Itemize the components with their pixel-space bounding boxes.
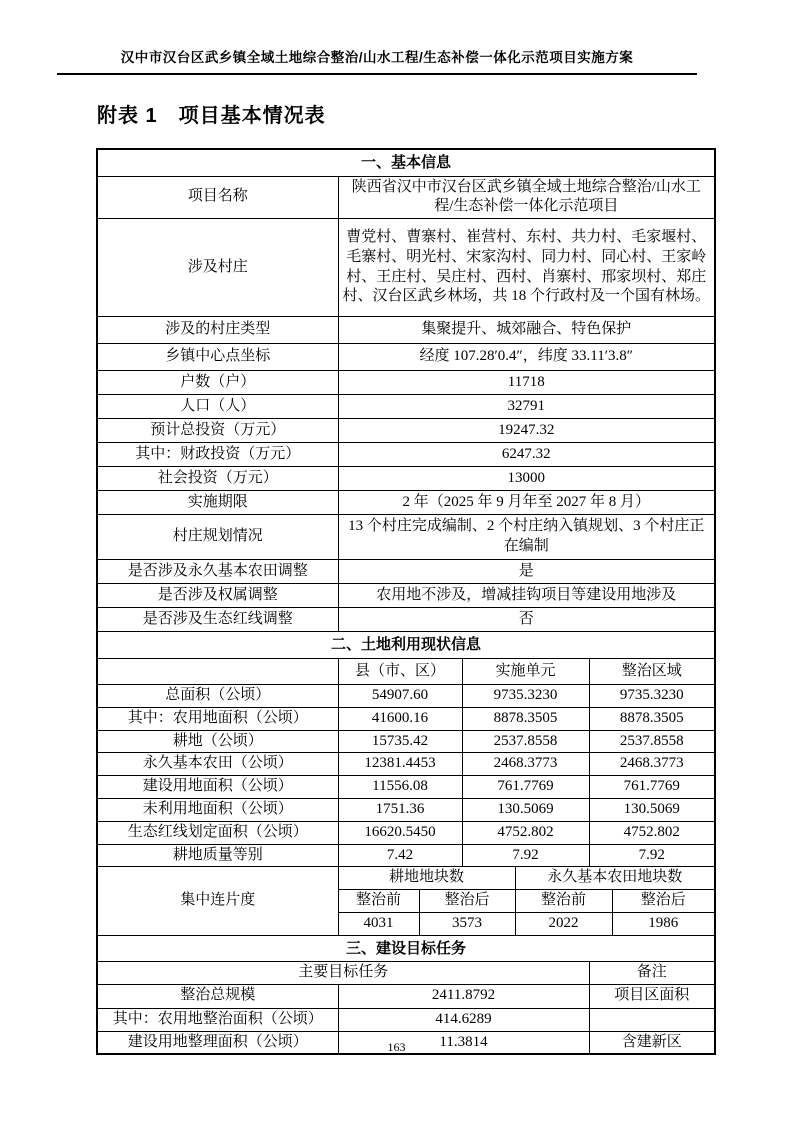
row-label: 总面积（公顷） xyxy=(97,685,338,708)
sub-column-header: 整治后 xyxy=(612,890,715,913)
table-row: 生态红线划定面积（公顷） 16620.5450 4752.802 4752.80… xyxy=(97,821,715,844)
cell-value: 15735.42 xyxy=(338,730,462,753)
table-row: 未利用地面积（公顷） 1751.36 130.5069 130.5069 xyxy=(97,799,715,822)
cell-value: 2537.8558 xyxy=(462,730,589,753)
group-header: 耕地地块数 xyxy=(338,867,515,890)
column-header-empty xyxy=(97,659,338,685)
table-row: 永久基本农田（公顷） 12381.4453 2468.3773 2468.377… xyxy=(97,753,715,776)
section2-heading: 二、土地利用现状信息 xyxy=(97,632,715,659)
cell-value: 8878.3505 xyxy=(462,707,589,730)
row-label: 村庄规划情况 xyxy=(97,515,338,560)
row-value: 2 年（2025 年 9 月年至 2027 年 8 月） xyxy=(338,491,715,515)
cell-value: 761.7769 xyxy=(462,776,589,799)
row-value: 曹党村、曹寨村、崔营村、东村、共力村、毛家堰村、毛寨村、明光村、宋家沟村、同力村… xyxy=(338,219,715,317)
row-label: 整治总规模 xyxy=(97,984,338,1008)
row-label: 未利用地面积（公顷） xyxy=(97,799,338,822)
row-label: 是否涉及生态红线调整 xyxy=(97,608,338,632)
row-label: 永久基本农田（公顷） xyxy=(97,753,338,776)
cell-value: 4752.802 xyxy=(462,821,589,844)
table-row: 乡镇中心点坐标 经度 107.28′0.4″，纬度 33.11′3.8″ xyxy=(97,344,715,371)
table-row: 耕地（公顷） 15735.42 2537.8558 2537.8558 xyxy=(97,730,715,753)
row-label: 是否涉及权属调整 xyxy=(97,584,338,608)
cell-value: 2468.3773 xyxy=(462,753,589,776)
row-label: 社会投资（万元） xyxy=(97,467,338,491)
row-label: 人口（人） xyxy=(97,395,338,419)
cell-value: 54907.60 xyxy=(338,685,462,708)
column-header-main-tasks: 主要目标任务 xyxy=(97,962,589,985)
row-label: 涉及的村庄类型 xyxy=(97,317,338,344)
row-value: 13000 xyxy=(338,467,715,491)
row-value: 是 xyxy=(338,560,715,584)
cell-value: 41600.16 xyxy=(338,707,462,730)
row-label: 生态红线划定面积（公顷） xyxy=(97,821,338,844)
cell-value: 2022 xyxy=(515,913,612,936)
table-row: 耕地质量等别 7.42 7.92 7.92 xyxy=(97,844,715,867)
sub-column-header: 整治前 xyxy=(515,890,612,913)
row-value: 414.6289 xyxy=(338,1008,589,1031)
column-header: 县（市、区） xyxy=(338,659,462,685)
cell-value: 2537.8558 xyxy=(589,730,715,753)
row-label: 户数（户） xyxy=(97,371,338,395)
cell-value: 7.42 xyxy=(338,844,462,867)
row-value: 6247.32 xyxy=(338,443,715,467)
cell-value: 9735.3230 xyxy=(589,685,715,708)
row-label: 乡镇中心点坐标 xyxy=(97,344,338,371)
column-header-remark: 备注 xyxy=(589,962,715,985)
table-row: 是否涉及永久基本农田调整 是 xyxy=(97,560,715,584)
cell-value: 12381.4453 xyxy=(338,753,462,776)
table-header-row: 主要目标任务 备注 xyxy=(97,962,715,985)
cell-value: 16620.5450 xyxy=(338,821,462,844)
table-row: 人口（人） 32791 xyxy=(97,395,715,419)
cell-value: 1986 xyxy=(612,913,715,936)
row-label-concentration: 集中连片度 xyxy=(97,867,338,936)
sub-column-header: 整治后 xyxy=(419,890,515,913)
table-row: 涉及的村庄类型 集聚提升、城郊融合、特色保护 xyxy=(97,317,715,344)
row-label: 涉及村庄 xyxy=(97,219,338,317)
column-header: 实施单元 xyxy=(462,659,589,685)
table-header-row: 县（市、区） 实施单元 整治区域 xyxy=(97,659,715,685)
row-value: 经度 107.28′0.4″，纬度 33.11′3.8″ xyxy=(338,344,715,371)
row-value: 农用地不涉及，增减挂钩项目等建设用地涉及 xyxy=(338,584,715,608)
table-row: 其中：财政投资（万元） 6247.32 xyxy=(97,443,715,467)
row-label: 其中：财政投资（万元） xyxy=(97,443,338,467)
table-row: 集中连片度 耕地地块数 永久基本农田地块数 xyxy=(97,867,715,890)
cell-value: 8878.3505 xyxy=(589,707,715,730)
table-row: 预计总投资（万元） 19247.32 xyxy=(97,419,715,443)
table-row: 总面积（公顷） 54907.60 9735.3230 9735.3230 xyxy=(97,685,715,708)
section1-heading: 一、基本信息 xyxy=(97,149,715,176)
table-row: 涉及村庄 曹党村、曹寨村、崔营村、东村、共力村、毛家堰村、毛寨村、明光村、宋家沟… xyxy=(97,219,715,317)
row-value: 11718 xyxy=(338,371,715,395)
table-row: 是否涉及权属调整 农用地不涉及，增减挂钩项目等建设用地涉及 xyxy=(97,584,715,608)
cell-value: 2468.3773 xyxy=(589,753,715,776)
page-number: 163 xyxy=(0,1040,793,1055)
cell-value: 7.92 xyxy=(462,844,589,867)
row-value: 否 xyxy=(338,608,715,632)
table-row: 其中：农用地整治面积（公顷） 414.6289 xyxy=(97,1008,715,1031)
section3-heading: 三、建设目标任务 xyxy=(97,936,715,962)
cell-value: 9735.3230 xyxy=(462,685,589,708)
row-value: 32791 xyxy=(338,395,715,419)
cell-value: 130.5069 xyxy=(462,799,589,822)
row-label: 预计总投资（万元） xyxy=(97,419,338,443)
table-row: 其中：农用地面积（公顷） 41600.16 8878.3505 8878.350… xyxy=(97,707,715,730)
row-label: 耕地（公顷） xyxy=(97,730,338,753)
row-label: 实施期限 xyxy=(97,491,338,515)
row-label: 其中：农用地整治面积（公顷） xyxy=(97,1008,338,1031)
cell-value: 1751.36 xyxy=(338,799,462,822)
table-row: 户数（户） 11718 xyxy=(97,371,715,395)
document-page: 汉中市汉台区武乡镇全域土地综合整治/山水工程/生态补偿一体化示范项目实施方案 附… xyxy=(0,0,793,1122)
row-label: 耕地质量等别 xyxy=(97,844,338,867)
cell-value: 4031 xyxy=(338,913,419,936)
group-header: 永久基本农田地块数 xyxy=(515,867,715,890)
column-header: 整治区域 xyxy=(589,659,715,685)
table-row: 整治总规模 2411.8792 项目区面积 xyxy=(97,984,715,1008)
table-row: 社会投资（万元） 13000 xyxy=(97,467,715,491)
cell-value: 3573 xyxy=(419,913,515,936)
row-label: 项目名称 xyxy=(97,176,338,219)
row-label: 是否涉及永久基本农田调整 xyxy=(97,560,338,584)
cell-value: 761.7769 xyxy=(589,776,715,799)
row-remark xyxy=(589,1008,715,1031)
table-row: 项目名称 陕西省汉中市汉台区武乡镇全域土地综合整治/山水工程/生态补偿一体化示范… xyxy=(97,176,715,219)
table-row: 是否涉及生态红线调整 否 xyxy=(97,608,715,632)
row-value: 19247.32 xyxy=(338,419,715,443)
table-row: 村庄规划情况 13 个村庄完成编制、2 个村庄纳入镇规划、3 个村庄正在编制 xyxy=(97,515,715,560)
sub-column-header: 整治前 xyxy=(338,890,419,913)
table-row: 建设用地面积（公顷） 11556.08 761.7769 761.7769 xyxy=(97,776,715,799)
row-value: 集聚提升、城郊融合、特色保护 xyxy=(338,317,715,344)
running-header: 汉中市汉台区武乡镇全域土地综合整治/山水工程/生态补偿一体化示范项目实施方案 xyxy=(57,46,697,75)
page-title: 附表 1 项目基本情况表 xyxy=(97,99,326,128)
project-info-table: 一、基本信息 项目名称 陕西省汉中市汉台区武乡镇全域土地综合整治/山水工程/生态… xyxy=(96,148,716,1055)
row-label: 建设用地面积（公顷） xyxy=(97,776,338,799)
row-value: 13 个村庄完成编制、2 个村庄纳入镇规划、3 个村庄正在编制 xyxy=(338,515,715,560)
table-row: 实施期限 2 年（2025 年 9 月年至 2027 年 8 月） xyxy=(97,491,715,515)
cell-value: 7.92 xyxy=(589,844,715,867)
row-value: 2411.8792 xyxy=(338,984,589,1008)
row-value: 陕西省汉中市汉台区武乡镇全域土地综合整治/山水工程/生态补偿一体化示范项目 xyxy=(338,176,715,219)
row-remark: 项目区面积 xyxy=(589,984,715,1008)
cell-value: 130.5069 xyxy=(589,799,715,822)
cell-value: 11556.08 xyxy=(338,776,462,799)
row-label: 其中：农用地面积（公顷） xyxy=(97,707,338,730)
cell-value: 4752.802 xyxy=(589,821,715,844)
